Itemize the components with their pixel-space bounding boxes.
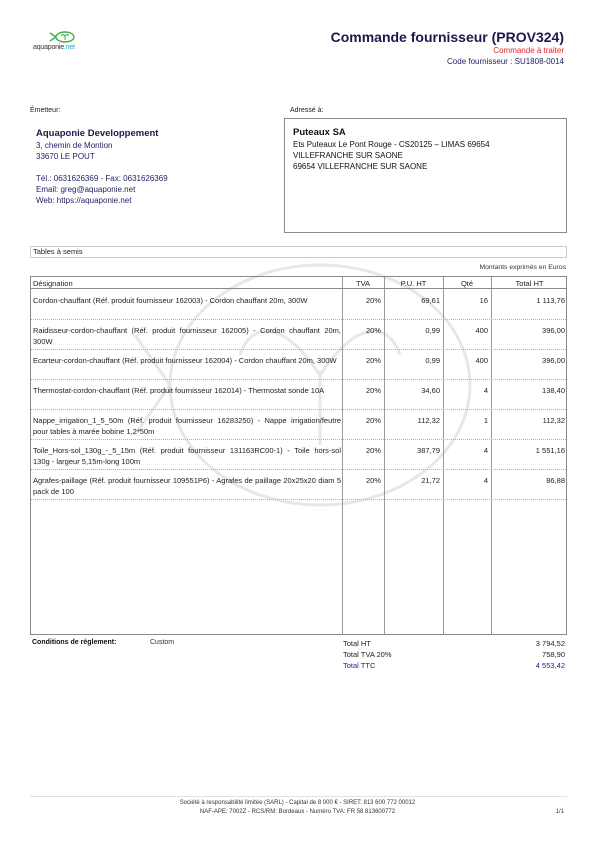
header-total: Total HT — [491, 279, 568, 288]
header-qty: Qté — [443, 279, 491, 288]
total-vat-label: Total TVA 20% — [343, 650, 392, 659]
supplier-code: Code fournisseur : SU1808-0014 — [447, 57, 564, 66]
line-unit-price: 0,99 — [384, 355, 440, 366]
line-unit-price: 387,79 — [384, 445, 440, 456]
line-unit-price: 69,61 — [384, 295, 440, 306]
line-designation: Raidisseur-cordon-chauffant (Réf. produi… — [33, 325, 341, 347]
emitter-email: Email: greg@aquaponie.net — [36, 184, 168, 195]
line-qty: 400 — [443, 355, 488, 366]
footer-divider — [30, 796, 567, 797]
recipient-label: Adressé à: — [290, 107, 323, 114]
footer-legal-line2: NAF-APE: 7002Z - RCS/RM: Bordeaux - Numé… — [0, 809, 595, 815]
line-unit-price: 0,99 — [384, 325, 440, 336]
line-total: 86,88 — [491, 475, 565, 486]
emitter-phone-fax: Tél.: 0631626369 - Fax: 0631626369 — [36, 173, 168, 184]
header-unit-price: P.U. HT — [384, 279, 443, 288]
currency-note: Montants exprimés en Euros — [479, 264, 566, 271]
total-vat-value: 758,90 — [542, 650, 565, 659]
project-name: Tables à semis — [30, 246, 567, 258]
line-qty: 16 — [443, 295, 488, 306]
total-ht-label: Total HT — [343, 639, 371, 648]
fish-leaf-logo-icon — [38, 30, 90, 45]
line-qty: 400 — [443, 325, 488, 336]
recipient-name: Puteaux SA — [293, 127, 558, 139]
line-unit-price: 21,72 — [384, 475, 440, 486]
line-designation: Thermostat-cordon-chauffant (Réf. produi… — [33, 385, 341, 396]
table-row: Cordon-chauffant (Réf. produit fournisse… — [31, 290, 566, 320]
payment-terms-label: Conditions de règlement: — [32, 639, 116, 646]
line-vat: 20% — [342, 415, 381, 426]
line-qty: 1 — [443, 415, 488, 426]
order-lines-table: Désignation TVA P.U. HT Qté Total HT Cor… — [30, 276, 567, 635]
payment-terms-value: Custom — [150, 639, 174, 646]
line-designation: Agrafes-paillage (Réf. produit fournisse… — [33, 475, 341, 497]
emitter-label: Émetteur: — [30, 107, 60, 114]
page-number: 1/1 — [556, 809, 564, 815]
line-total: 396,00 — [491, 325, 565, 336]
line-total: 1 113,76 — [491, 295, 565, 306]
document-title: Commande fournisseur (PROV324) — [331, 29, 564, 45]
line-vat: 20% — [342, 445, 381, 456]
emitter-block: Aquaponie Developpement 3, chemin de Mon… — [36, 128, 168, 206]
line-qty: 4 — [443, 475, 488, 486]
footer-legal-line1: Société à responsabilité limitée (SARL) … — [0, 800, 595, 806]
line-designation: Cordon-chauffant (Réf. produit fournisse… — [33, 295, 341, 306]
recipient-line3: 69654 VILLEFRANCHE SUR SAONE — [293, 161, 558, 172]
line-total: 138,40 — [491, 385, 565, 396]
table-row: Thermostat-cordon-chauffant (Réf. produi… — [31, 380, 566, 410]
table-row: Raidisseur-cordon-chauffant (Réf. produi… — [31, 320, 566, 350]
table-row: Toile_Hors-sol_130g_-_5_15m (Réf. produi… — [31, 440, 566, 470]
total-ttc-value: 4 553,42 — [536, 661, 565, 670]
total-ht-value: 3 794,52 — [536, 639, 565, 648]
table-row: Nappe_irrigation_1_5_50m (Réf. produit f… — [31, 410, 566, 440]
line-designation: Ecarteur-cordon-chauffant (Réf. produit … — [33, 355, 341, 366]
table-row: Ecarteur-cordon-chauffant (Réf. produit … — [31, 350, 566, 380]
line-vat: 20% — [342, 325, 381, 336]
order-status: Commande à traiter — [493, 46, 564, 55]
line-vat: 20% — [342, 475, 381, 486]
line-unit-price: 112,32 — [384, 415, 440, 426]
recipient-line2: VILLEFRANCHE SUR SAONE — [293, 150, 558, 161]
emitter-address2: 33670 LE POUT — [36, 151, 168, 162]
recipient-box: Puteaux SA Ets Puteaux Le Pont Rouge - C… — [284, 118, 567, 233]
logo-text: aquaponie.net — [33, 44, 75, 51]
line-qty: 4 — [443, 445, 488, 456]
line-qty: 4 — [443, 385, 488, 396]
line-total: 112,32 — [491, 415, 565, 426]
company-logo: aquaponie.net — [30, 30, 82, 54]
header-vat: TVA — [342, 279, 384, 288]
line-vat: 20% — [342, 385, 381, 396]
line-total: 396,00 — [491, 355, 565, 366]
line-total: 1 551,16 — [491, 445, 565, 456]
emitter-address1: 3, chemin de Montion — [36, 140, 168, 151]
recipient-line1: Ets Puteaux Le Pont Rouge - CS20125 – LI… — [293, 139, 558, 150]
emitter-web: Web: https://aquaponie.net — [36, 195, 168, 206]
line-designation: Toile_Hors-sol_130g_-_5_15m (Réf. produi… — [33, 445, 341, 467]
total-ttc-label: Total TTC — [343, 661, 375, 670]
header-designation: Désignation — [33, 279, 73, 288]
emitter-name: Aquaponie Developpement — [36, 128, 168, 140]
line-unit-price: 34,60 — [384, 385, 440, 396]
line-designation: Nappe_irrigation_1_5_50m (Réf. produit f… — [33, 415, 341, 437]
line-vat: 20% — [342, 355, 381, 366]
table-row: Agrafes-paillage (Réf. produit fournisse… — [31, 470, 566, 500]
line-vat: 20% — [342, 295, 381, 306]
table-header: Désignation TVA P.U. HT Qté Total HT — [31, 277, 566, 289]
